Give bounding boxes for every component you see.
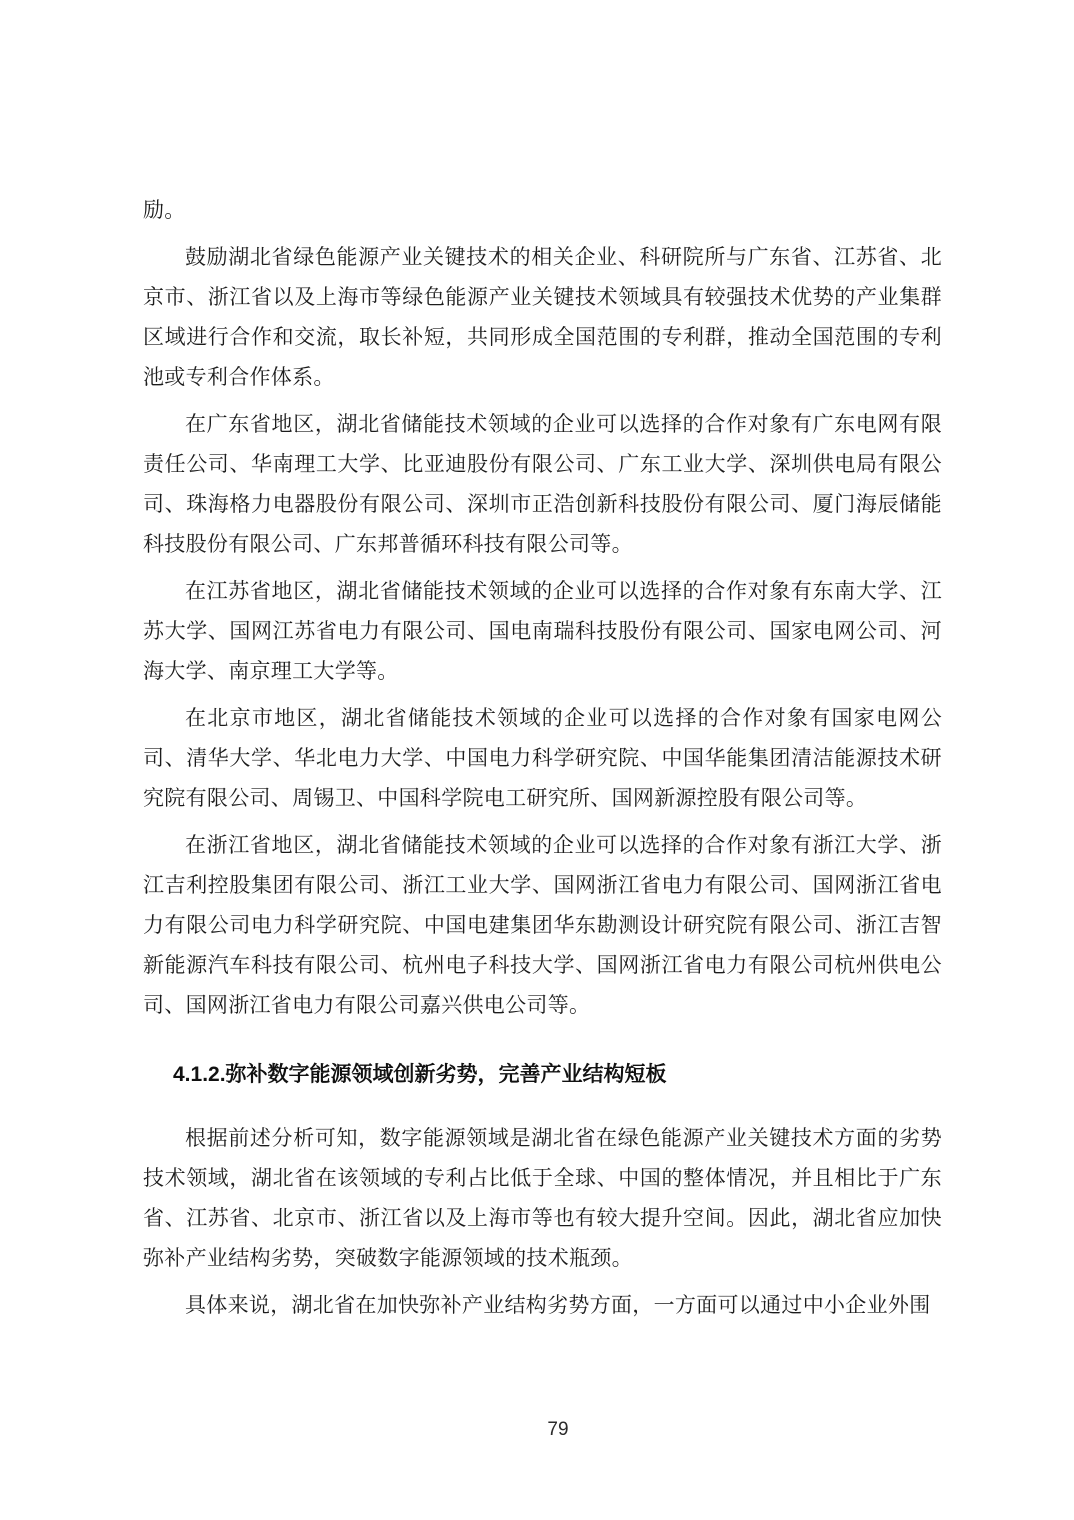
text-block: 励。 鼓励湖北省绿色能源产业关键技术的相关企业、科研院所与广东省、江苏省、北京市…: [143, 190, 942, 1325]
paragraph: 励。: [143, 190, 942, 230]
paragraph: 在北京市地区，湖北省储能技术领域的企业可以选择的合作对象有国家电网公司、清华大学…: [143, 698, 942, 818]
paragraph: 鼓励湖北省绿色能源产业关键技术的相关企业、科研院所与广东省、江苏省、北京市、浙江…: [143, 237, 942, 397]
paragraph: 在浙江省地区，湖北省储能技术领域的企业可以选择的合作对象有浙江大学、浙江吉利控股…: [143, 825, 942, 1025]
page-number: 79: [547, 1419, 568, 1441]
paragraph: 根据前述分析可知，数字能源领域是湖北省在绿色能源产业关键技术方面的劣势技术领域，…: [143, 1118, 942, 1278]
paragraph: 具体来说，湖北省在加快弥补产业结构劣势方面，一方面可以通过中小企业外围: [143, 1285, 942, 1325]
paragraph: 在江苏省地区，湖北省储能技术领域的企业可以选择的合作对象有东南大学、江苏大学、国…: [143, 571, 942, 691]
document-page: 励。 鼓励湖北省绿色能源产业关键技术的相关企业、科研院所与广东省、江苏省、北京市…: [0, 0, 1074, 1520]
paragraph: 在广东省地区，湖北省储能技术领域的企业可以选择的合作对象有广东电网有限责任公司、…: [143, 404, 942, 564]
section-heading: 4.1.2.弥补数字能源领域创新劣势，完善产业结构短板: [143, 1055, 942, 1095]
page-footer: 79: [0, 1419, 1074, 1441]
